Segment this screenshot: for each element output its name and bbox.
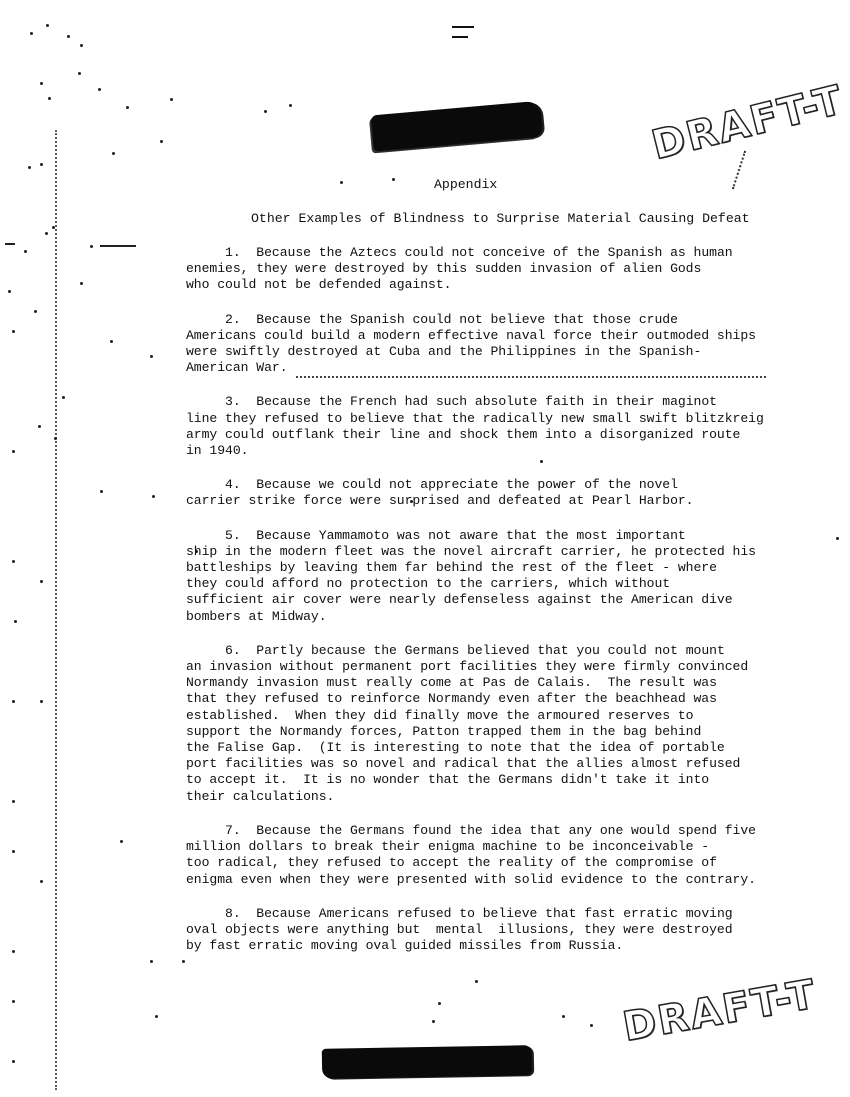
scan-speck bbox=[110, 340, 113, 343]
list-item-line: enigma even when they were presented wit… bbox=[186, 872, 756, 887]
scan-speck bbox=[48, 97, 51, 100]
list-item-line: Because the Germans found the idea that … bbox=[256, 823, 756, 838]
scan-speck bbox=[24, 250, 27, 253]
list-item: 3. Because the French had such absolute … bbox=[186, 394, 826, 459]
scan-speck bbox=[54, 437, 57, 440]
scan-speck bbox=[12, 450, 15, 453]
list-item-number: 1. bbox=[225, 245, 241, 260]
document-page: DRAFT-T Appendix Other Examples of Blind… bbox=[0, 0, 850, 1097]
list-item: 2. Because the Spanish could not believe… bbox=[186, 312, 826, 377]
list-item-number: 2. bbox=[225, 312, 241, 327]
list-item: 8. Because Americans refused to believe … bbox=[186, 906, 826, 955]
list-item-line: Because the Spanish could not believe th… bbox=[256, 312, 678, 327]
list-item-line: to accept it. It is no wonder that the G… bbox=[186, 772, 709, 787]
document-title: Other Examples of Blindness to Surprise … bbox=[251, 211, 750, 226]
scan-speck bbox=[12, 700, 15, 703]
list-item: 1. Because the Aztecs could not conceive… bbox=[186, 245, 826, 294]
list-item-number: 3. bbox=[225, 394, 241, 409]
list-item-line: million dollars to break their enigma ma… bbox=[186, 839, 709, 854]
list-item-line: oval objects were anything but mental il… bbox=[186, 922, 733, 937]
list-item-number: 8. bbox=[225, 906, 241, 921]
scan-speck bbox=[340, 181, 343, 184]
list-item-number: 4. bbox=[225, 477, 241, 492]
list-item-line: an invasion without permanent port facil… bbox=[186, 659, 748, 674]
scan-speck bbox=[392, 178, 395, 181]
scan-speck bbox=[475, 980, 478, 983]
list-item-line: Partly because the Germans believed that… bbox=[256, 643, 724, 658]
numbered-list: 1. Because the Aztecs could not conceive… bbox=[186, 245, 826, 972]
scan-speck bbox=[182, 960, 185, 963]
draft-stamp-top: DRAFT-T bbox=[647, 77, 848, 169]
scan-speck bbox=[160, 140, 163, 143]
list-item-line: bombers at Midway. bbox=[186, 609, 327, 624]
list-item-line: port facilities was so novel and radical… bbox=[186, 756, 740, 771]
list-item-line: their calculations. bbox=[186, 789, 334, 804]
list-item: 6. Partly because the Germans believed t… bbox=[186, 643, 826, 805]
scan-dash bbox=[100, 245, 136, 247]
scan-speck bbox=[12, 1060, 15, 1063]
scan-speck bbox=[150, 960, 153, 963]
scan-speck bbox=[52, 226, 55, 229]
draft-stamp-bottom: DRAFT-T bbox=[619, 971, 820, 1050]
list-item-line: the Falise Gap. (It is interesting to no… bbox=[186, 740, 725, 755]
scan-speck bbox=[150, 355, 153, 358]
scan-speck bbox=[45, 232, 48, 235]
redaction-block-top bbox=[371, 101, 543, 152]
list-item-line: that they refused to reinforce Normandy … bbox=[186, 691, 717, 706]
scan-speck bbox=[40, 580, 43, 583]
list-item-line: Because the Aztecs could not conceive of… bbox=[256, 245, 732, 260]
scan-speck bbox=[67, 35, 70, 38]
list-item-line: battleships by leaving them far behind t… bbox=[186, 560, 717, 575]
scan-speck bbox=[14, 620, 17, 623]
scan-speck bbox=[836, 537, 839, 540]
scan-speck bbox=[62, 396, 65, 399]
list-item-line: support the Normandy forces, Patton trap… bbox=[186, 724, 701, 739]
scan-speck bbox=[34, 310, 37, 313]
list-item-line: who could not be defended against. bbox=[186, 277, 451, 292]
scan-speck bbox=[38, 425, 41, 428]
scan-speck bbox=[152, 495, 155, 498]
top-mark bbox=[452, 26, 474, 46]
scan-speck bbox=[264, 110, 267, 113]
list-item-line: army could outflank their line and shock… bbox=[186, 427, 740, 442]
list-item-line: were swiftly destroyed at Cuba and the P… bbox=[186, 344, 701, 359]
scan-speck bbox=[562, 1015, 565, 1018]
list-item-line: Because Americans refused to believe tha… bbox=[256, 906, 732, 921]
scan-speck bbox=[289, 104, 292, 107]
scan-margin-artifact bbox=[55, 130, 57, 1090]
dotted-rule-artifact bbox=[296, 376, 766, 378]
scan-speck bbox=[438, 1002, 441, 1005]
redaction-block-bottom bbox=[322, 1045, 532, 1079]
list-item: 7. Because the Germans found the idea th… bbox=[186, 823, 826, 888]
scan-speck bbox=[112, 152, 115, 155]
scan-speck bbox=[120, 840, 123, 843]
scan-speck bbox=[12, 800, 15, 803]
appendix-heading: Appendix bbox=[434, 177, 497, 192]
scan-speck bbox=[155, 1015, 158, 1018]
scan-dash bbox=[5, 243, 15, 245]
scan-speck bbox=[30, 32, 33, 35]
scan-speck bbox=[170, 98, 173, 101]
scan-speck bbox=[100, 490, 103, 493]
scan-speck bbox=[40, 163, 43, 166]
scan-speck bbox=[12, 1000, 15, 1003]
list-item-line: American War. bbox=[186, 360, 288, 375]
scan-speck bbox=[12, 560, 15, 563]
list-item-line: line they refused to believe that the ra… bbox=[186, 411, 764, 426]
scan-speck bbox=[80, 282, 83, 285]
pen-mark bbox=[732, 151, 746, 190]
list-item-line: by fast erratic moving oval guided missi… bbox=[186, 938, 623, 953]
list-item-number: 7. bbox=[225, 823, 241, 838]
list-item-number: 6. bbox=[225, 643, 241, 658]
list-item-line: they could afford no protection to the c… bbox=[186, 576, 670, 591]
list-item-line: ship in the modern fleet was the novel a… bbox=[186, 544, 756, 559]
scan-speck bbox=[28, 166, 31, 169]
scan-speck bbox=[12, 850, 15, 853]
list-item-line: Normandy invasion must really come at Pa… bbox=[186, 675, 717, 690]
list-item-line: Americans could build a modern effective… bbox=[186, 328, 756, 343]
list-item-number: 5. bbox=[225, 528, 241, 543]
scan-speck bbox=[40, 700, 43, 703]
scan-speck bbox=[8, 290, 11, 293]
list-item: 5. Because Yammamoto was not aware that … bbox=[186, 528, 826, 625]
scan-speck bbox=[126, 106, 129, 109]
scan-speck bbox=[40, 82, 43, 85]
list-item-line: in 1940. bbox=[186, 443, 248, 458]
scan-speck bbox=[590, 1024, 593, 1027]
scan-speck bbox=[12, 950, 15, 953]
scan-speck bbox=[78, 72, 81, 75]
list-item: 4. Because we could not appreciate the p… bbox=[186, 477, 826, 509]
scan-speck bbox=[40, 880, 43, 883]
list-item-line: Because Yammamoto was not aware that the… bbox=[256, 528, 685, 543]
scan-speck bbox=[46, 24, 49, 27]
scan-speck bbox=[432, 1020, 435, 1023]
list-item-line: enemies, they were destroyed by this sud… bbox=[186, 261, 701, 276]
list-item-line: sufficient air cover were nearly defense… bbox=[186, 592, 733, 607]
scan-speck bbox=[80, 44, 83, 47]
scan-speck bbox=[12, 330, 15, 333]
list-item-line: established. When they did finally move … bbox=[186, 708, 694, 723]
scan-speck bbox=[90, 245, 93, 248]
list-item-line: carrier strike force were surprised and … bbox=[186, 493, 694, 508]
list-item-line: Because we could not appreciate the powe… bbox=[256, 477, 678, 492]
scan-speck bbox=[98, 88, 101, 91]
list-item-line: Because the French had such absolute fai… bbox=[256, 394, 717, 409]
list-item-line: too radical, they refused to accept the … bbox=[186, 855, 717, 870]
